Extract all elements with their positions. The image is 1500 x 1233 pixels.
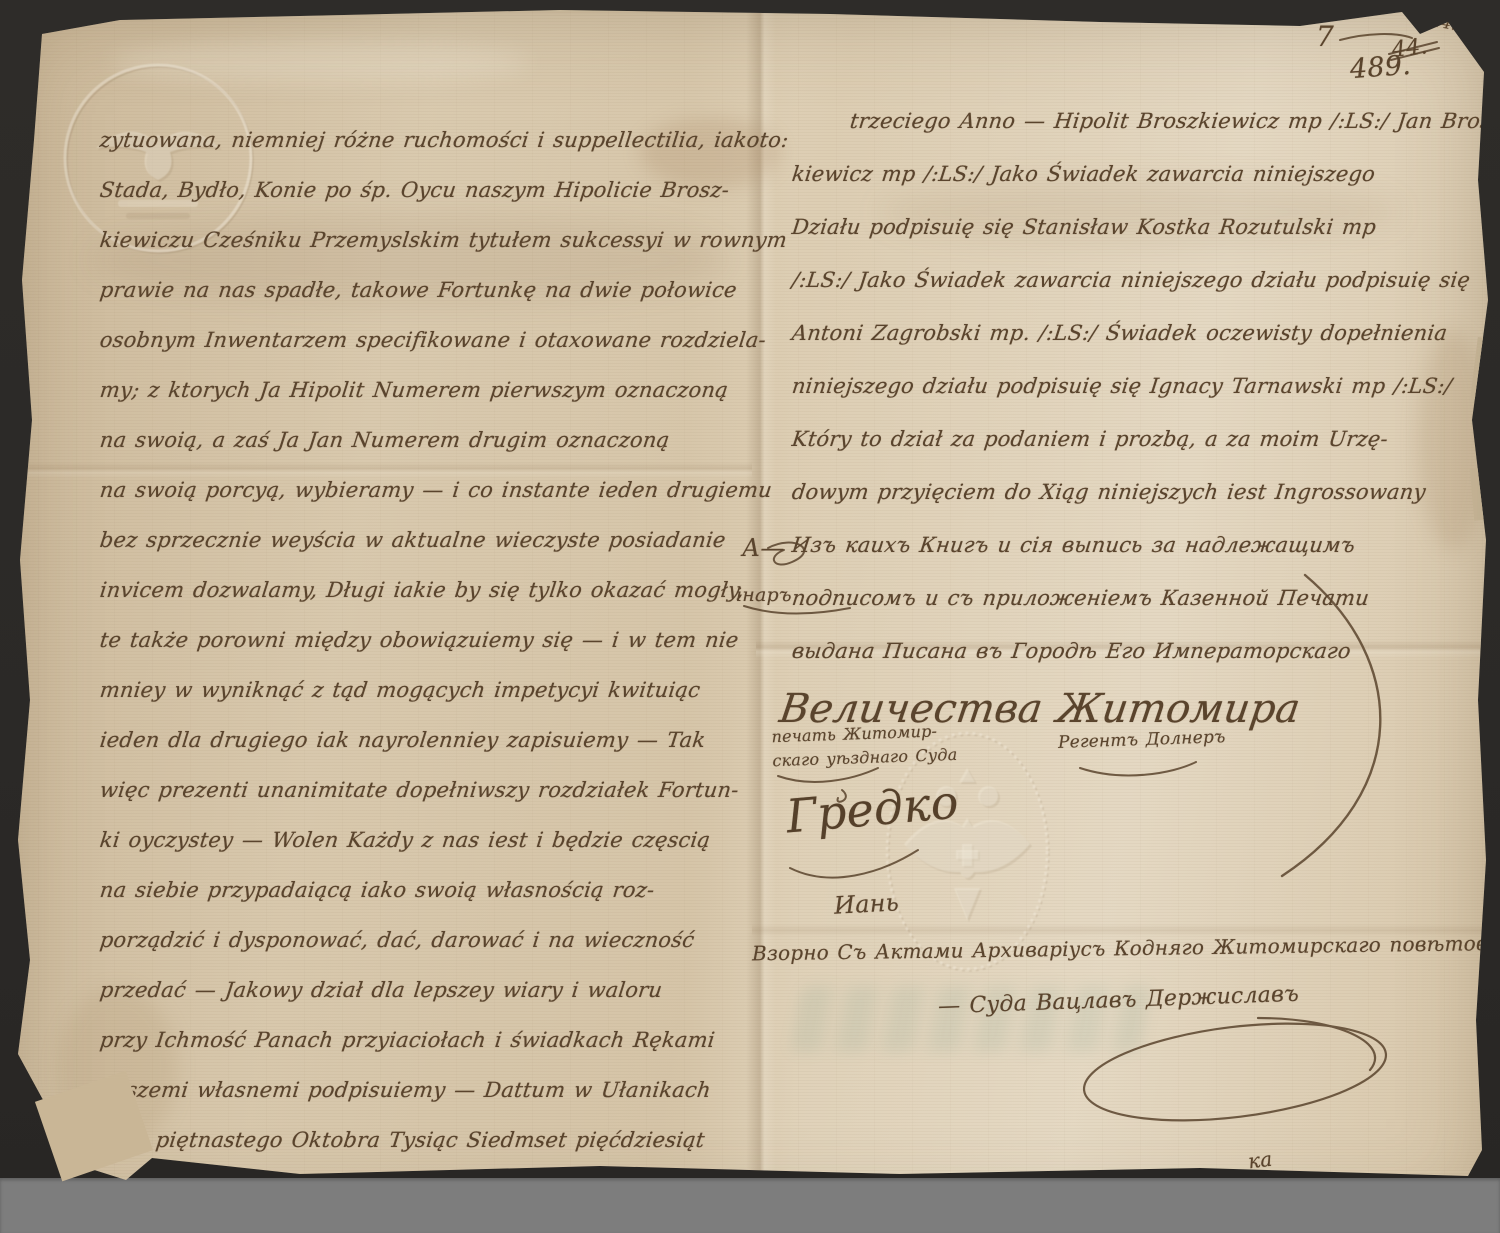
manuscript-line: /:LS:/ Jako Świadek zawarcia niniejszego… — [789, 254, 1486, 307]
manuscript-line: przedać — Jakowy dział dla lepszey wiary… — [97, 965, 763, 1015]
manuscript-line: mniey w wyniknąć z tąd mogących impetycy… — [97, 665, 763, 715]
manuscript-line: na swoią porcyą, wybieramy — i co instan… — [97, 465, 763, 515]
folio-number: 489. — [1349, 50, 1412, 85]
manuscript-line: ki oyczystey — Wolen Każdy z nas iest i … — [97, 815, 763, 865]
manuscript-paper: 7 14. 44. 489. zytuowana, niemniej różne… — [0, 0, 1500, 1233]
manuscript-line: kiewiczu Cześniku Przemyslskim tytułem s… — [97, 215, 763, 265]
manuscript-line: Stada, Bydło, Konie po śp. Oycu naszym H… — [97, 165, 763, 215]
scan-background: 7 14. 44. 489. zytuowana, niemniej różne… — [0, 0, 1500, 1233]
manuscript-line: bez sprzecznie weyścia w aktualne wieczy… — [97, 515, 763, 565]
scan-bottom-band — [0, 1178, 1500, 1233]
manuscript-line: dowym przyięciem do Xiąg niniejszych ies… — [789, 466, 1486, 519]
manuscript-line: porządzić i dysponować, dać, darować i n… — [97, 915, 763, 965]
right-page-text: trzeciego Anno — Hipolit Broszkiewicz mp… — [792, 95, 1482, 678]
manuscript-line: ieden dla drugiego iak nayrolenniey zapi… — [97, 715, 763, 765]
manuscript-line: niniejszego działu podpisuię się Ignacy … — [789, 360, 1486, 413]
manuscript-line: trzeciego Anno — Hipolit Broszkiewicz mp… — [789, 95, 1486, 148]
manuscript-line: więc prezenti unanimitate dopełniwszy ro… — [97, 765, 763, 815]
manuscript-line: invicem dozwalamy, Długi iakie by się ty… — [97, 565, 763, 615]
manuscript-line: dnia piętnastego Oktobra Tysiąc Siedmset… — [97, 1115, 763, 1165]
torn-edge-tab — [1470, 467, 1491, 520]
manuscript-line: подписомъ и съ приложеніемъ Казенной Печ… — [789, 572, 1486, 625]
manuscript-line: kiewicz mp /:LS:/ Jako Świadek zawarcia … — [789, 148, 1486, 201]
manuscript-line: na swoią, a zaś Ja Jan Numerem drugim oz… — [97, 415, 763, 465]
manuscript-line: te także porowni między obowiązuiemy się… — [97, 615, 763, 665]
manuscript-line: выдана Писана въ Городѣ Его Императорска… — [789, 625, 1486, 678]
manuscript-line: Изъ каихъ Книгъ и сія выпись за надлежащ… — [789, 519, 1486, 572]
archivist-verification-line1: Взорно Съ Актами Архиваріусъ Кодняго Жит… — [752, 931, 1500, 966]
catchword: ка — [1247, 1147, 1274, 1174]
manuscript-line: Który to dział za podaniem i prozbą, a z… — [789, 413, 1486, 466]
manuscript-line: Działu podpisuię się Stanisław Kostka Ro… — [789, 201, 1486, 254]
manuscript-line: przy Ichmość Panach przyiaciołach i świa… — [97, 1015, 763, 1065]
manuscript-line: my; z ktorych Ja Hipolit Numerem pierwsz… — [97, 365, 763, 415]
manuscript-line: prawie na nas spadłe, takowe Fortunkę na… — [97, 265, 763, 315]
signature-secondary: Иань — [833, 888, 899, 919]
manuscript-line: Antoni Zagrobski mp. /:LS:/ Świadek ocze… — [789, 307, 1486, 360]
folio-corner-number: 14. — [1431, 12, 1458, 34]
manuscript-line: zytuowana, niemniej różne ruchomości i s… — [97, 115, 763, 165]
manuscript-line: na siebie przypadaiącą iako swoią własno… — [97, 865, 763, 915]
manuscript-line: naszemi własnemi podpisuiemy — Dattum w … — [97, 1065, 763, 1115]
seal-caption: печать Житомир- скаго уѣзднаго Суда — [771, 719, 958, 773]
folio-mark: 7 — [1316, 20, 1334, 53]
margin-note-inap: інаръ — [736, 584, 792, 606]
left-page-text: zytuowana, niemniej różne ruchomości i s… — [100, 115, 760, 1165]
manuscript-line: osobnym Inwentarzem specifikowane i otax… — [97, 315, 763, 365]
margin-note-a: А— — [742, 534, 785, 562]
